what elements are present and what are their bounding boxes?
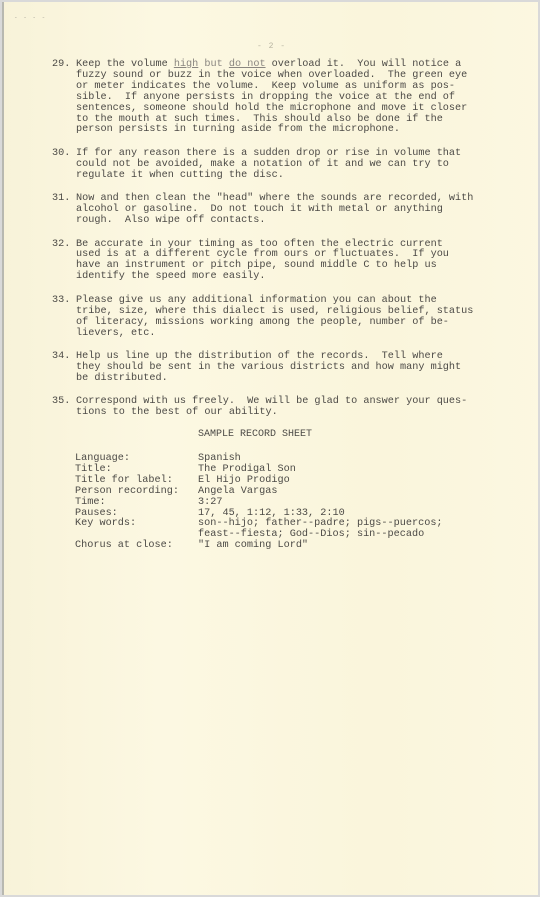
record-row: Time:3:27 [75, 498, 443, 509]
record-row: Chorus at close:"I am coming Lord" [75, 541, 443, 552]
instruction-item: 30.If for any reason there is a sudden d… [52, 149, 492, 182]
text-line: tribe, size, where this dialect is used,… [76, 307, 473, 318]
text-line: sible. If anyone persists in dropping th… [76, 93, 467, 104]
instruction-item: 29.Keep the volume high but do not overl… [52, 60, 492, 136]
text-line: of literacy, missions working among the … [76, 318, 473, 329]
instruction-list: 29.Keep the volume high but do not overl… [52, 60, 492, 432]
text-line: lievers, etc. [76, 329, 473, 340]
item-number: 30. [52, 149, 76, 182]
underlined-text: do not [229, 59, 266, 70]
record-label: Time: [75, 498, 198, 509]
instruction-item: 31.Now and then clean the "head" where t… [52, 194, 492, 227]
item-text: Help us line up the distribution of the … [76, 352, 461, 385]
document-page: - - - - - 2 - 29.Keep the volume high bu… [2, 2, 538, 895]
item-number: 31. [52, 194, 76, 227]
item-number: 33. [52, 296, 76, 340]
text-line: regulate it when cutting the disc. [76, 171, 461, 182]
record-value: 3:27 [198, 498, 222, 509]
instruction-item: 34.Help us line up the distribution of t… [52, 352, 492, 385]
item-text: Correspond with us freely. We will be gl… [76, 397, 467, 419]
record-label: Key words: [75, 519, 198, 530]
item-text: Keep the volume high but do not overload… [76, 60, 467, 136]
item-number: 32. [52, 240, 76, 284]
record-label: Person recording: [75, 487, 198, 498]
record-label: Chorus at close: [75, 541, 198, 552]
instruction-item: 35.Correspond with us freely. We will be… [52, 397, 492, 419]
item-text: If for any reason there is a sudden drop… [76, 149, 461, 182]
text-line: tions to the best of our ability. [76, 408, 467, 419]
underlined-text: high [174, 59, 198, 70]
text-line: identify the speed more easily. [76, 272, 449, 283]
item-text: Now and then clean the "head" where the … [76, 194, 473, 227]
text-line: person persists in turning aside from th… [76, 125, 467, 136]
record-sheet-title: SAMPLE RECORD SHEET [198, 429, 312, 440]
record-row: Person recording:Angela Vargas [75, 487, 443, 498]
item-number: 29. [52, 60, 76, 136]
page-number: - 2 - [257, 42, 286, 51]
record-value: Angela Vargas [198, 487, 277, 498]
record-value: "I am coming Lord" [198, 541, 308, 552]
record-sheet: Language:SpanishTitle:The Prodigal SonTi… [75, 454, 443, 552]
instruction-item: 32.Be accurate in your timing as too oft… [52, 240, 492, 284]
item-text: Please give us any additional informatio… [76, 296, 473, 340]
corner-mark: - - - - [14, 14, 46, 21]
text-line: sentences, someone should hold the micro… [76, 104, 467, 115]
item-text: Be accurate in your timing as too often … [76, 240, 449, 284]
text-line: rough. Also wipe off contacts. [76, 216, 473, 227]
item-number: 35. [52, 397, 76, 419]
instruction-item: 33.Please give us any additional informa… [52, 296, 492, 340]
item-number: 34. [52, 352, 76, 385]
text-line: be distributed. [76, 374, 461, 385]
